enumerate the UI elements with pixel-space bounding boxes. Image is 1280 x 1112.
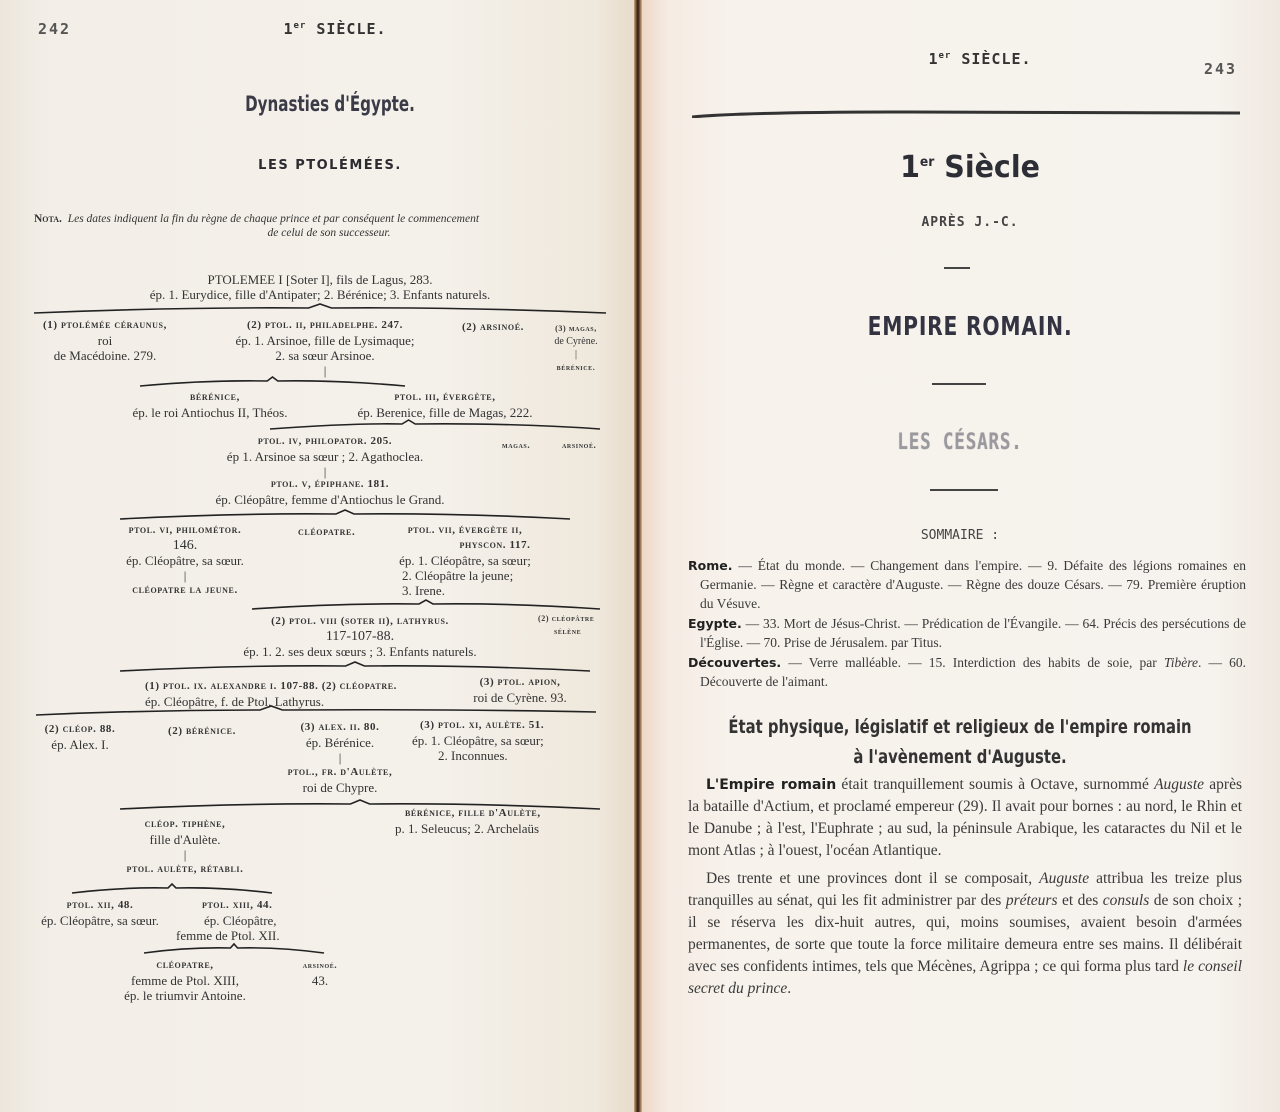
ptol-iii-evergete: ptol. iii, évergète, ép. Berenice, fille…: [330, 390, 560, 420]
brace-10: [144, 944, 324, 954]
ptol-xi-aulete: (3) ptol. xi, aulète. 51. ép. 1. Cléopât…: [412, 718, 544, 763]
ptol-vii-physcon: ptol. vii, évergète ii, physcon. 117. ép…: [380, 523, 550, 598]
ptol-ix-alexandre: (1) ptol. ix. alexandre i. 107-88. (2) c…: [145, 677, 397, 709]
sommaire-item-decouvertes: Découvertes. — Verre malléable. — 15. In…: [688, 653, 1246, 691]
small-dash: [944, 267, 970, 269]
brace-5: [252, 600, 600, 610]
magas-2: magas.: [502, 436, 530, 453]
empire-romain-title: EMPIRE ROMAIN.: [806, 312, 1134, 342]
body-text: L'Empire romain était tranquillement sou…: [688, 774, 1242, 1006]
cleopatre-vii: cléopatre, femme de Ptol. XIII, ép. le t…: [100, 958, 270, 1003]
sommaire-label: SOMMAIRE :: [860, 528, 1060, 543]
dynasties-title: Dynasties d'Égypte.: [186, 92, 474, 116]
sommaire-list: Rome. — État du monde. — Changement dans…: [688, 556, 1246, 692]
century-title: 1er Siècle: [790, 150, 1151, 185]
brace-2: [140, 377, 405, 387]
divider-2: [930, 489, 998, 491]
sommaire-item-egypte: Egypte. — 33. Mort de Jésus-Christ. — Pr…: [688, 614, 1246, 652]
brace-4: [120, 510, 570, 520]
ptol-xiii: ptol. xiii, 44. ép. Cléopâtre, femme de …: [176, 898, 280, 943]
berenice-aulete: bérénice, fille d'Aulète, p. 1. Seleucus…: [395, 806, 541, 836]
brace-6: [120, 662, 590, 672]
cleopatre-selene: (2) cléopâtre sélène: [538, 612, 594, 638]
ptol-apion: (3) ptol. apion, roi de Cyrène. 93.: [455, 675, 585, 705]
ptol-ii-philadelphe: (2) ptol. ii, philadelphe. 247. ép. 1. A…: [200, 318, 450, 378]
ptol-xii: ptol. xii, 48. ép. Cléopâtre, sa sœur.: [30, 898, 170, 928]
ptol-vi-philometor: ptol. vi, philométor. 146. ép. Cléopâtre…: [100, 523, 270, 598]
ptolemees-subtitle: LES PTOLÉMÉES.: [130, 158, 530, 173]
right-running-head: 1er SIÈCLE.: [880, 50, 1080, 68]
magas-cyrene: (3) magas, de Cyrène. | bérénice.: [548, 322, 604, 374]
ptolemee-ceraunus: (1) ptolémée céraunus, roi de Macédoine.…: [30, 318, 180, 363]
ptolemy-i-entry: PTOLEMEE I [Soter I], fils de Lagus, 283…: [60, 272, 580, 302]
nota-block: Nota. Les dates indiquent la fin du règn…: [34, 212, 624, 240]
empire-title-wrap: EMPIRE ROMAIN.: [760, 312, 1180, 342]
ptol-iv-philopator: ptol. iv, philopator. 205. ép 1. Arsinoe…: [190, 434, 460, 479]
arsinoe-43: arsinoé. 43.: [290, 958, 350, 988]
left-folio: 242: [38, 20, 71, 38]
cesars-title-wrap: LES CÉSARS.: [800, 430, 1120, 455]
paragraph-2: Des trente et une provinces dont il se c…: [688, 868, 1242, 1000]
les-cesars-title: LES CÉSARS.: [832, 430, 1088, 455]
ptol-viii-lathyrus: (2) ptol. viii (soter ii), lathyrus. 117…: [200, 614, 520, 659]
left-running-head: 1er SIÈCLE.: [220, 20, 450, 38]
ptol-v-epiphane: ptol. v, épiphane. 181. ép. Cléopâtre, f…: [160, 477, 500, 507]
cleopatre-sister: cléopatre.: [298, 523, 355, 540]
after-jc-label: APRÈS J.-C.: [850, 215, 1090, 230]
berenice-antiochus: bérénice, ép. le roi Antiochus II, Théos…: [100, 390, 320, 420]
section-heading: État physique, législatif et religieux d…: [660, 712, 1260, 772]
divider-1: [932, 383, 986, 385]
sommaire-item-rome: Rome. — État du monde. — Changement dans…: [688, 556, 1246, 613]
brace-3: [270, 420, 600, 430]
left-page: 242 1er SIÈCLE. Dynasties d'Égypte. LES …: [0, 0, 634, 1112]
header-rule: [692, 110, 1240, 118]
century-title-wrap: 1er Siècle: [780, 150, 1160, 185]
brace-7: [36, 706, 596, 716]
arsinoe-2: (2) arsinoé.: [462, 318, 524, 335]
brace-9: [72, 884, 272, 894]
left-title-wrap: Dynasties d'Égypte.: [130, 92, 530, 116]
book-gutter: [634, 0, 642, 1112]
berenice-2: (2) bérénice.: [168, 722, 236, 739]
cleop-88: (2) cléop. 88. ép. Alex. I.: [30, 722, 130, 752]
arsinoe-3: arsinoé.: [562, 436, 596, 453]
cleop-tiphene: cléop. tiphène, fille d'Aulète. | ptol. …: [110, 817, 260, 877]
right-folio: 243: [1204, 60, 1237, 78]
paragraph-1: L'Empire romain était tranquillement sou…: [688, 774, 1242, 862]
alex-ii: (3) alex. ii. 80. ép. Bérénice. | ptol.,…: [255, 720, 425, 795]
brace-1: [34, 304, 606, 314]
